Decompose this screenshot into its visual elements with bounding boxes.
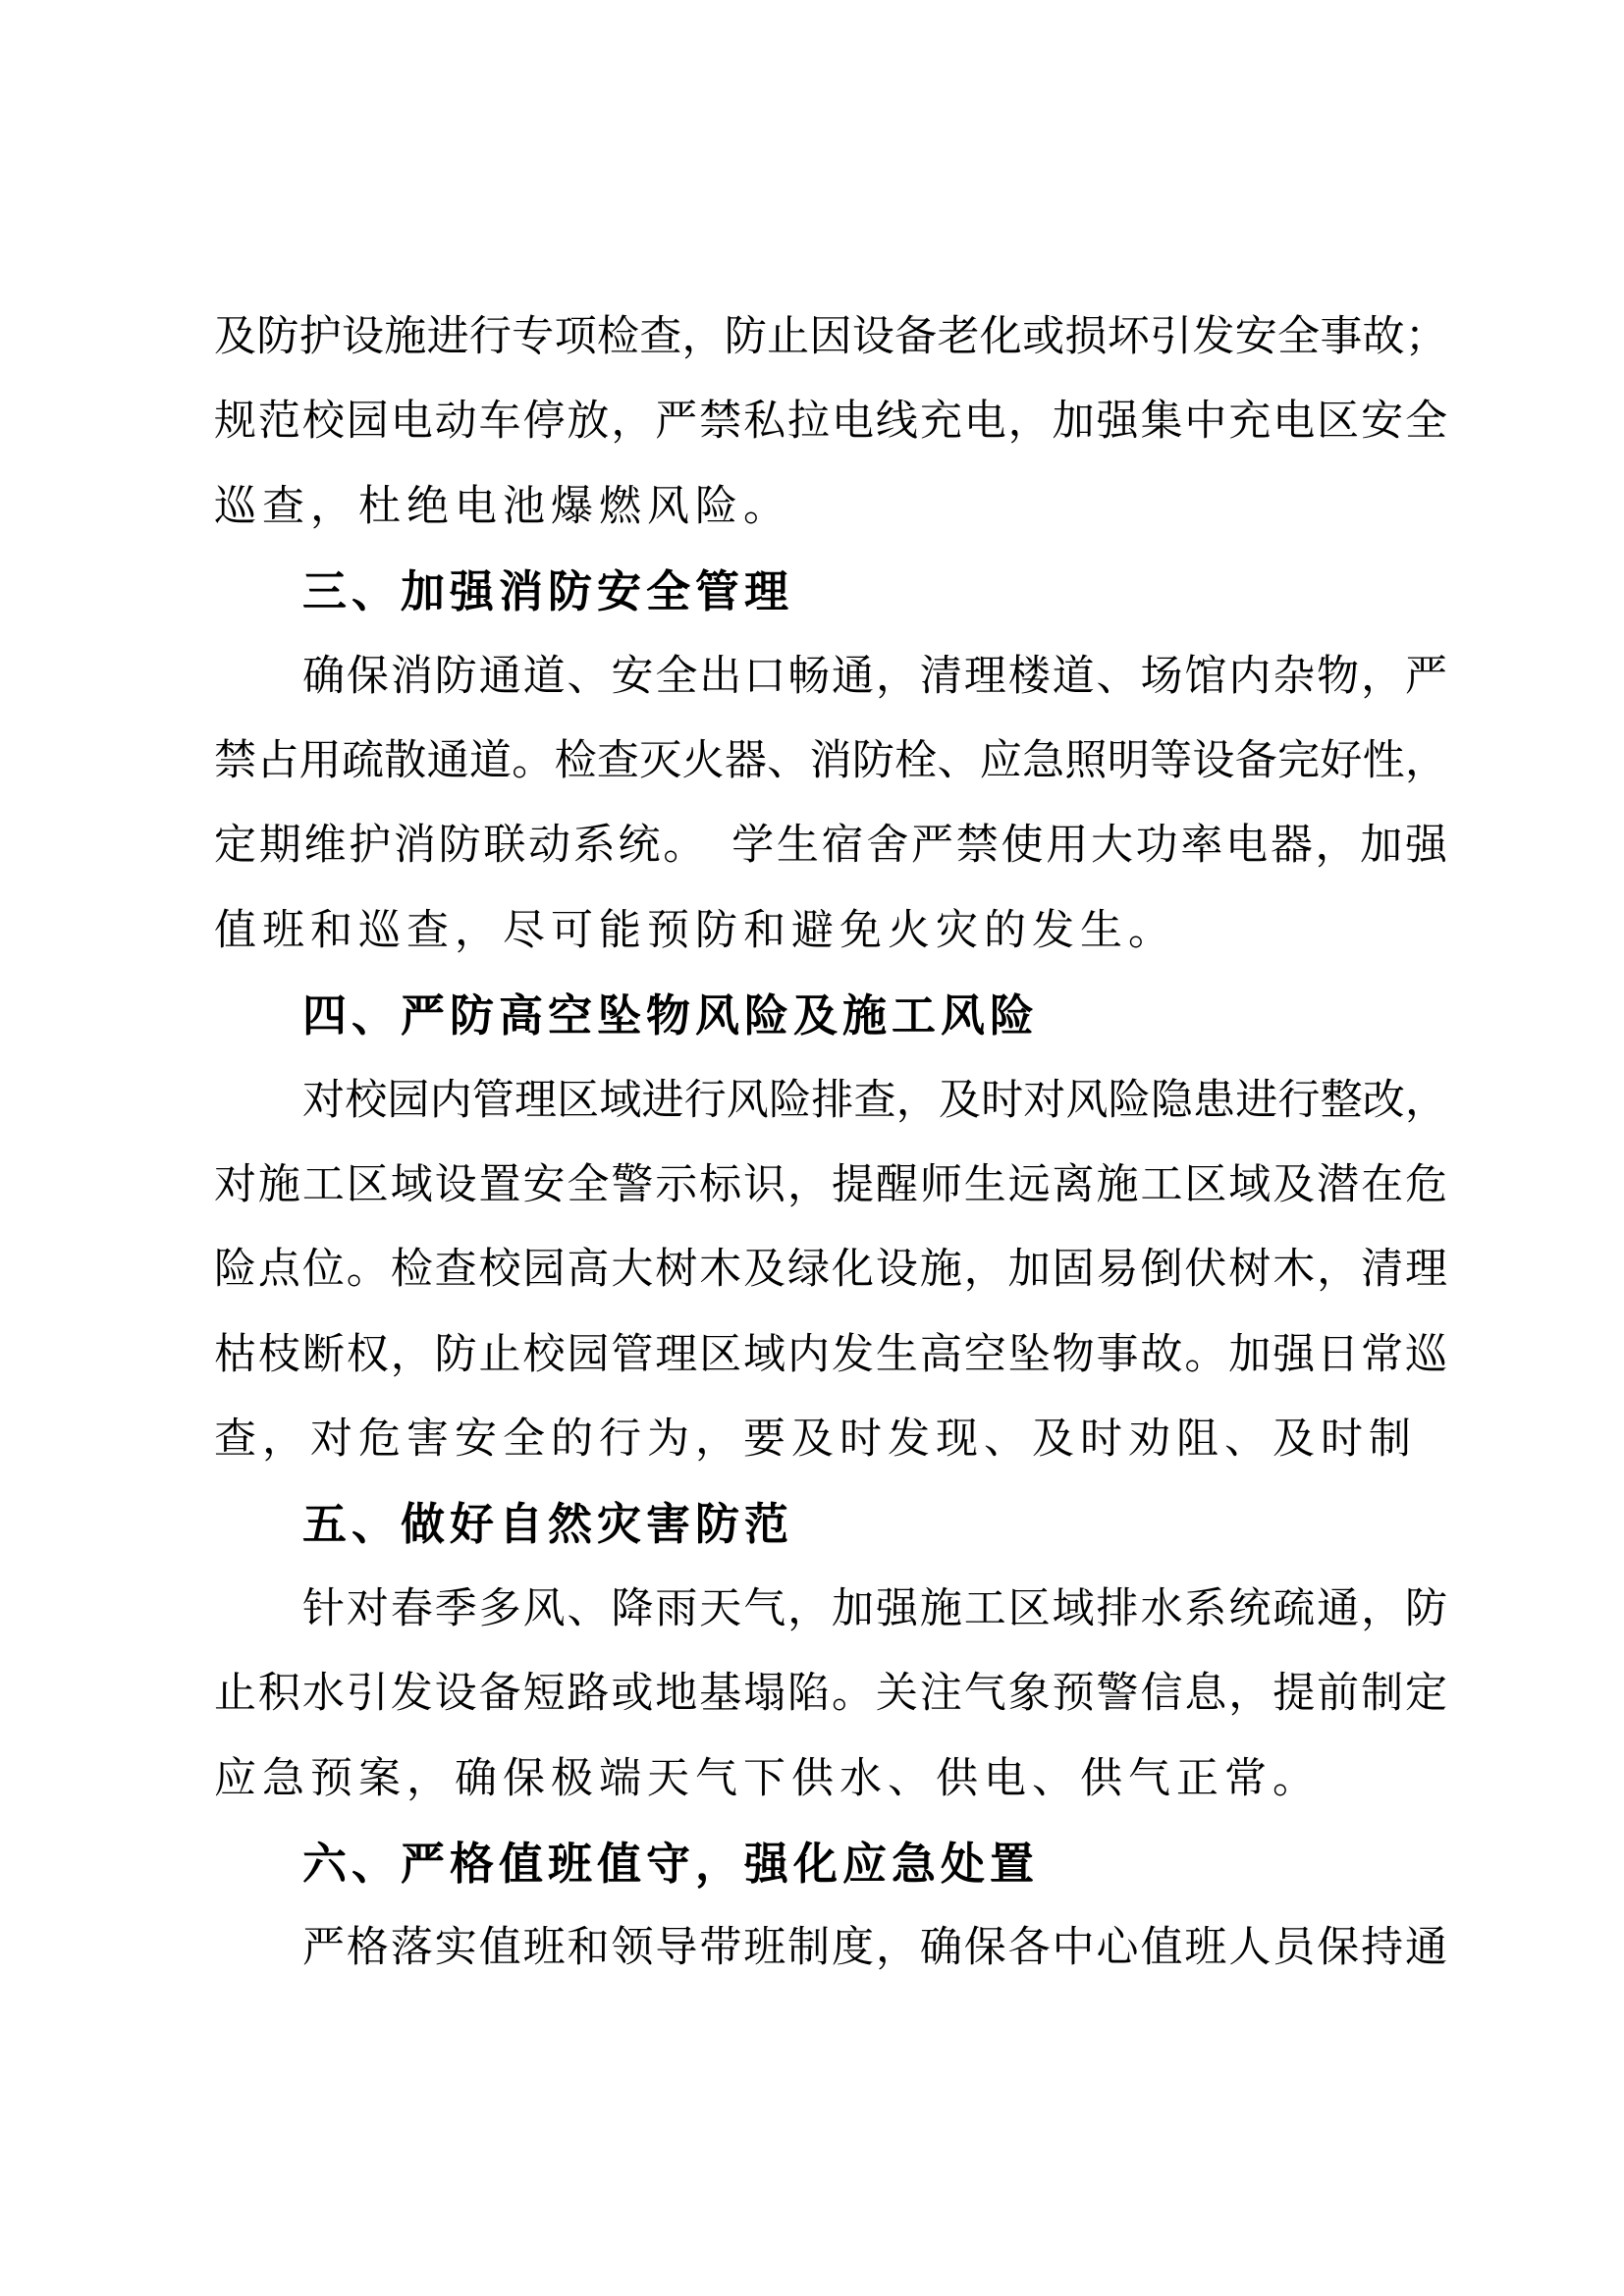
document-page: 及防护设施进行专项检查，防止因设备老化或损坏引发安全事故；规范校园电动车停放，严… [0,0,1624,2296]
text-line: 确保消防通道、安全出口畅通，清理楼道、场馆内杂物，严 [214,635,1447,720]
text-line: 值班和巡查，尽可能预防和避免火灾的发生。 [214,889,1447,974]
text-line: 定期维护消防联动系统。 学生宿舍严禁使用大功率电器，加强 [214,804,1447,888]
text-line: 巡查，杜绝电池爆燃风险。 [214,465,1447,550]
text-line: 严格落实值班和领导带班制度，确保各中心值班人员保持通 [214,1906,1447,1991]
text-line: 险点位。检查校园高大树木及绿化设施，加固易倒伏树木，清理 [214,1228,1447,1312]
text-line: 查，对危害安全的行为，要及时发现、及时劝阻、及时制止。 [214,1398,1447,1482]
section-heading: 五、做好自然灾害防范 [214,1482,1447,1567]
section-heading: 四、严防高空坠物风险及施工风险 [214,974,1447,1058]
text-line: 及防护设施进行专项检查，防止因设备老化或损坏引发安全事故； [214,295,1447,380]
text-line: 止积水引发设备短路或地基塌陷。关注气象预警信息，提前制定 [214,1652,1447,1736]
text-line: 禁占用疏散通道。检查灭火器、消防栓、应急照明等设备完好性， [214,720,1447,804]
text-line: 应急预案，确保极端天气下供水、供电、供气正常。 [214,1737,1447,1822]
text-line: 针对春季多风、降雨天气，加强施工区域排水系统疏通，防 [214,1568,1447,1652]
text-line: 对施工区域设置安全警示标识，提醒师生远离施工区域及潜在危 [214,1144,1447,1228]
section-heading: 三、加强消防安全管理 [214,550,1447,634]
text-line: 规范校园电动车停放，严禁私拉电线充电，加强集中充电区安全 [214,380,1447,464]
document-body: 及防护设施进行专项检查，防止因设备老化或损坏引发安全事故；规范校园电动车停放，严… [214,295,1447,1992]
text-line: 枯枝断权，防止校园管理区域内发生高空坠物事故。加强日常巡 [214,1313,1447,1398]
section-heading: 六、严格值班值守，强化应急处置 [214,1822,1447,1906]
text-line: 对校园内管理区域进行风险排查，及时对风险隐患进行整改， [214,1059,1447,1144]
